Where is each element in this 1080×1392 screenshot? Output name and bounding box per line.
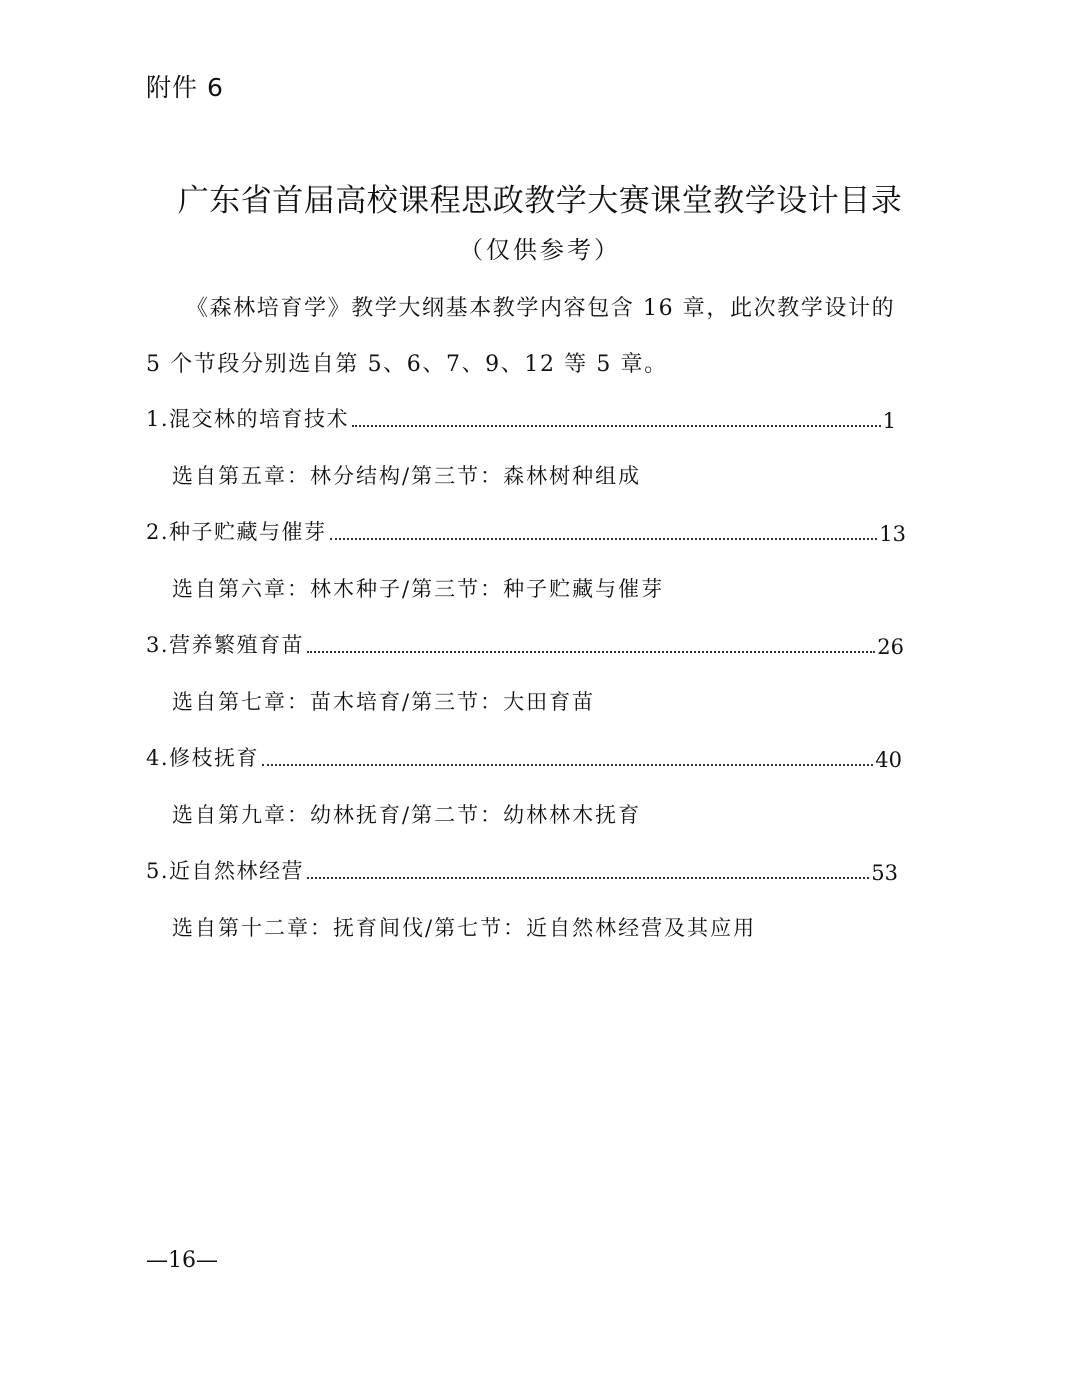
toc-entry-2: 2.种子贮藏与催芽 13	[146, 516, 906, 546]
toc-leader-dots	[262, 763, 873, 766]
toc-entry-page: 40	[875, 748, 902, 772]
toc-entry-title: 3.营养繁殖育苗	[146, 629, 304, 659]
document-subtitle: （仅供参考）	[0, 230, 1080, 265]
intro-paragraph-line-1: 《森林培育学》教学大纲基本教学内容包含 16 章，此次教学设计的	[186, 291, 895, 322]
toc-entry-page: 1	[883, 409, 896, 433]
toc-entry-source: 选自第六章：林木种子/第三节：种子贮藏与催芽	[172, 573, 664, 603]
toc-entry-page: 26	[877, 635, 904, 659]
toc-entry-source: 选自第十二章：抚育间伐/第七节：近自然林经营及其应用	[172, 912, 756, 942]
toc-entry-title: 4.修枝抚育	[146, 742, 259, 772]
toc-entry-1: 1.混交林的培育技术 1	[146, 403, 896, 433]
toc-entry-4: 4.修枝抚育 40	[146, 742, 902, 772]
toc-entry-page: 13	[879, 522, 906, 546]
toc-entry-5: 5.近自然林经营 53	[146, 855, 898, 885]
toc-entry-title: 1.混交林的培育技术	[146, 403, 349, 433]
toc-leader-dots	[352, 424, 881, 427]
toc-entry-title: 5.近自然林经营	[146, 855, 304, 885]
toc-entry-3: 3.营养繁殖育苗 26	[146, 629, 904, 659]
intro-paragraph-line-2: 5 个节段分别选自第 5、6、7、9、12 等 5 章。	[146, 347, 668, 378]
toc-leader-dots	[330, 537, 878, 540]
toc-entry-page: 53	[871, 861, 898, 885]
toc-leader-dots	[307, 876, 869, 879]
toc-entry-source: 选自第七章：苗木培育/第三节：大田育苗	[172, 686, 595, 716]
toc-entry-source: 选自第九章：幼林抚育/第二节：幼林林木抚育	[172, 799, 641, 829]
attachment-label: 附件 6	[146, 68, 224, 104]
toc-entry-source: 选自第五章：林分结构/第三节：森林树种组成	[172, 460, 641, 490]
toc-leader-dots	[307, 650, 875, 653]
toc-entry-title: 2.种子贮藏与催芽	[146, 516, 327, 546]
page-number: —16—	[146, 1248, 218, 1273]
document-title: 广东省首届高校课程思政教学大赛课堂教学设计目录	[0, 175, 1080, 220]
